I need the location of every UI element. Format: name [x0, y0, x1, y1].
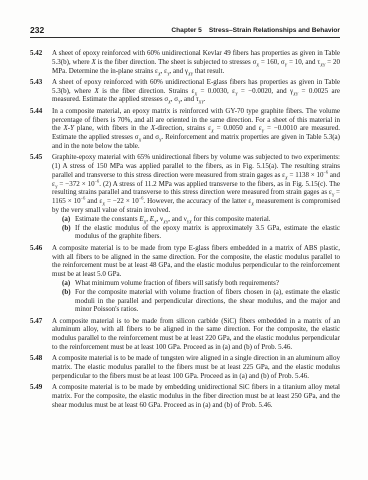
problem-body: A composite material is to be made from … [52, 244, 340, 314]
problem-text: Graphite-epoxy material with 65% unidire… [52, 153, 340, 215]
problem-5-44: 5.44 In a composite material, an epoxy m… [30, 107, 340, 151]
textbook-page: 232 Chapter 5 Stress–Strain Relationship… [0, 0, 368, 480]
problem-subitem-a: (a) What minimum volume fraction of fibe… [62, 279, 340, 288]
problem-body: A composite material is to be made of tu… [52, 354, 340, 380]
subitem-label: (b) [62, 288, 75, 314]
problem-text: A composite material is to be made from … [52, 317, 340, 352]
problem-body: In a composite material, an epoxy matrix… [52, 107, 340, 151]
subitem-label: (a) [62, 279, 75, 288]
problem-subitem-a: (a) Estimate the constants EX, EY, νXY, … [62, 215, 340, 224]
subitem-text: What minimum volume fraction of fibers w… [75, 279, 340, 288]
subitem-label: (a) [62, 215, 75, 224]
problem-body: A composite material is to be made from … [52, 317, 340, 352]
problem-number: 5.47 [30, 317, 47, 352]
problem-subitem-b: (b) For the composite material with volu… [62, 288, 340, 314]
problem-5-43: 5.43 A sheet of epoxy reinforced with 60… [30, 78, 340, 104]
problem-body: A sheet of epoxy reinforced with 60% uni… [52, 49, 340, 75]
problem-body: A composite material is to be made by em… [52, 383, 340, 409]
problem-body: Graphite-epoxy material with 65% unidire… [52, 153, 340, 241]
problem-body: A sheet of epoxy reinforced with 60% uni… [52, 78, 340, 104]
subitem-text: Estimate the constants EX, EY, νXY, and … [75, 215, 340, 224]
problem-text: A composite material is to be made by em… [52, 383, 340, 409]
problem-text: In a composite material, an epoxy matrix… [52, 107, 340, 151]
problem-5-49: 5.49 A composite material is to be made … [30, 383, 340, 409]
problem-text: A sheet of epoxy reinforced with 60% uni… [52, 49, 340, 75]
problem-text: A sheet of epoxy reinforced with 60% uni… [52, 78, 340, 104]
problem-number: 5.46 [30, 244, 47, 314]
chapter-label: Chapter 5 [171, 26, 201, 35]
problem-subitem-b: (b) If the elastic modulus of the epoxy … [62, 224, 340, 242]
problem-number: 5.49 [30, 383, 47, 409]
problem-number: 5.45 [30, 153, 47, 241]
problem-number: 5.44 [30, 107, 47, 151]
page-header: 232 Chapter 5 Stress–Strain Relationship… [30, 25, 340, 38]
problem-text: A composite material is to be made from … [52, 244, 340, 279]
problem-5-46: 5.46 A composite material is to be made … [30, 244, 340, 314]
problem-5-48: 5.48 A composite material is to be made … [30, 354, 340, 380]
subitem-label: (b) [62, 224, 75, 242]
problem-5-42: 5.42 A sheet of epoxy reinforced with 60… [30, 49, 340, 75]
problems-list: 5.42 A sheet of epoxy reinforced with 60… [30, 49, 340, 410]
subitem-text: For the composite material with volume f… [75, 288, 340, 314]
chapter-title: Stress–Strain Relationships and Behavior [209, 26, 340, 35]
problem-5-47: 5.47 A composite material is to be made … [30, 317, 340, 352]
problem-text: A composite material is to be made of tu… [52, 354, 340, 380]
page-number: 232 [30, 25, 44, 35]
running-head: Chapter 5 Stress–Strain Relationships an… [171, 26, 340, 35]
problem-number: 5.48 [30, 354, 47, 380]
problem-number: 5.42 [30, 49, 47, 75]
problem-5-45: 5.45 Graphite-epoxy material with 65% un… [30, 153, 340, 241]
problem-number: 5.43 [30, 78, 47, 104]
subitem-text: If the elastic modulus of the epoxy matr… [75, 224, 340, 242]
